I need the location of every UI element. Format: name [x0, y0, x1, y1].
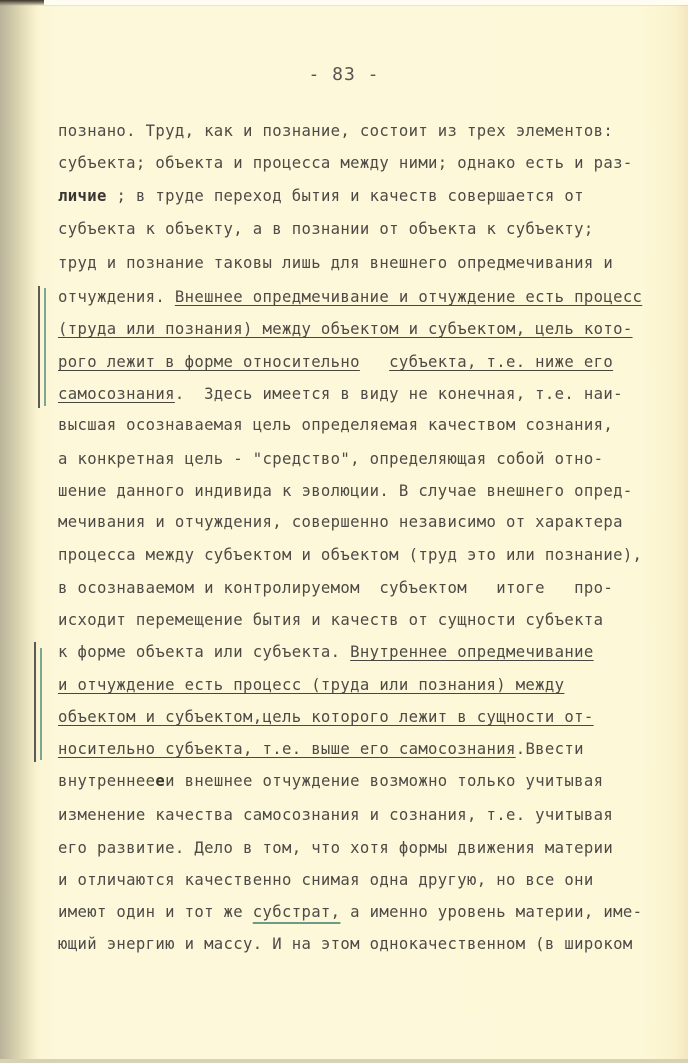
page-number: - 83 - [0, 64, 688, 85]
underlined-phrase: объектом и субъектом,цель которого лежит… [58, 708, 594, 726]
text-segment: внутреннее [58, 772, 155, 790]
text-segment: процесса между субъектом и объектом (тру… [58, 546, 642, 564]
text-line: и отличаются качественно снимая одна дру… [58, 870, 594, 890]
text-segment: шение данного индивида к эволюции. В слу… [58, 482, 633, 500]
scan-top-edge-highlight [44, 0, 688, 5]
text-segment: в осознаваемом и контролируемом субъекто… [58, 579, 613, 597]
text-segment: отчуждения. [58, 288, 175, 306]
underlined-phrase: и отчуждение есть процесс (труда или поз… [58, 676, 564, 694]
text-line: и отчуждение есть процесс (труда или поз… [58, 675, 564, 695]
text-line: носительно субъекта, т.е. выше его самос… [58, 739, 584, 759]
text-line: самосознания. Здесь имеется в виду не ко… [58, 384, 623, 404]
underlined-phrase: субъекта, т.е. ниже его [389, 353, 613, 371]
text-segment: его развитие. Дело в том, что хотя формы… [58, 839, 613, 857]
underlined-phrase: субстрат, [253, 903, 341, 921]
text-segment: мечивания и отчуждения, совершенно незав… [58, 513, 623, 531]
text-line: мечивания и отчуждения, совершенно незав… [58, 512, 623, 532]
text-line: процесса между субъектом и объектом (тру… [58, 545, 642, 565]
text-segment: личие [58, 187, 107, 205]
text-line: имеют один и тот же субстрат, а именно у… [58, 902, 642, 922]
underlined-phrase: носительно субъекта, т.е. выше его самос… [58, 740, 516, 758]
text-segment: познано. Труд, как и познание, состоит и… [58, 122, 613, 140]
text-line: изменение качества самосознания и сознан… [58, 805, 613, 825]
margin-mark-green-2 [40, 648, 42, 760]
text-segment: ; в труде переход бытия и качеств соверш… [107, 187, 584, 205]
text-segment: а конкретная цель - "средство", определя… [58, 450, 603, 468]
text-segment: изменение качества самосознания и сознан… [58, 806, 613, 824]
text-line: субъекта; объекта и процесса между ними;… [58, 153, 633, 173]
text-segment: к форме объекта или субъекта. [58, 643, 350, 661]
text-line: к форме объекта или субъекта. Внутреннее… [58, 642, 594, 662]
text-segment: высшая осознаваемая цель определяемая ка… [58, 416, 613, 434]
text-segment: . Здесь имеется в виду не конечная, т.е.… [175, 385, 623, 403]
text-line: отчуждения. Внешнее опредмечивание и отч… [58, 287, 642, 307]
margin-mark-left-1 [38, 286, 40, 408]
text-segment: е [155, 772, 165, 790]
text-line: ющий энергию и массу. И на этом однокаче… [58, 934, 633, 954]
text-line: шение данного индивида к эволюции. В слу… [58, 481, 633, 501]
text-line: труд и познание таковы лишь для внешнего… [58, 253, 613, 273]
text-segment [360, 353, 389, 371]
text-line: высшая осознаваемая цель определяемая ка… [58, 415, 613, 435]
text-line: а конкретная цель - "средство", определя… [58, 449, 603, 469]
text-line: (труда или познания) между объектом и су… [58, 319, 633, 339]
text-segment: труд и познание таковы лишь для внешнего… [58, 254, 613, 272]
text-line: субъекта к объекту, а в познании от объе… [58, 219, 594, 239]
margin-mark-left-2 [34, 642, 36, 762]
text-line: внутреннеееи внешнее отчуждение возможно… [58, 771, 603, 791]
text-line: исходит перемещение бытия и качеств от с… [58, 610, 603, 630]
text-line: его развитие. Дело в том, что хотя формы… [58, 838, 613, 858]
text-segment: и отличаются качественно снимая одна дру… [58, 871, 594, 889]
text-segment: ющий энергию и массу. И на этом однокаче… [58, 935, 633, 953]
text-segment: а именно уровень материи, име- [340, 903, 642, 921]
underlined-phrase: Внешнее опредмечивание и отчуждение есть… [175, 288, 642, 306]
text-segment: .Ввести [516, 740, 584, 758]
scan-bottom-edge [0, 1059, 688, 1063]
underlined-phrase: Внутреннее опредмечивание [350, 643, 593, 661]
text-line: рого лежит в форме относительно субъекта… [58, 352, 613, 372]
text-line: объектом и субъектом,цель которого лежит… [58, 707, 594, 727]
text-segment: субъекта; объекта и процесса между ними;… [58, 154, 633, 172]
text-line: личие ; в труде переход бытия и качеств … [58, 186, 584, 206]
text-line: в осознаваемом и контролируемом субъекто… [58, 578, 613, 598]
text-segment: и внешнее отчуждение возможно только учи… [165, 772, 603, 790]
text-segment: субъекта к объекту, а в познании от объе… [58, 220, 594, 238]
text-segment: имеют один и тот же [58, 903, 253, 921]
margin-mark-green-1 [44, 288, 46, 406]
document-page: - 83 - познано. Труд, как и познание, со… [0, 0, 688, 1063]
text-segment: исходит перемещение бытия и качеств от с… [58, 611, 603, 629]
text-line: познано. Труд, как и познание, состоит и… [58, 121, 613, 141]
underlined-phrase: рого лежит в форме относительно [58, 353, 360, 371]
underlined-phrase: (труда или познания) между объектом и су… [58, 320, 633, 338]
underlined-phrase: самосознания [58, 385, 175, 403]
